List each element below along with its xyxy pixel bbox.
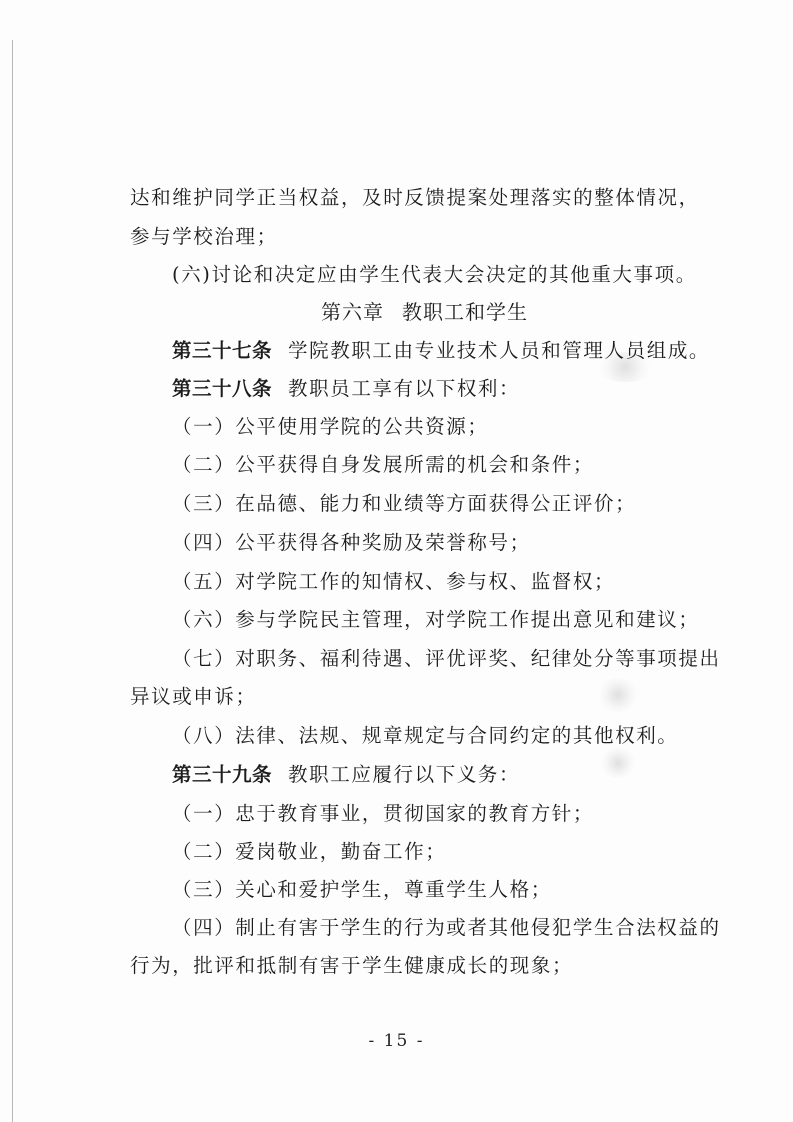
list-item: （一）忠于教育事业，贯彻国家的教育方针； xyxy=(172,802,594,826)
list-item: （四）制止有害于学生的行为或者其他侵犯学生合法权益的 xyxy=(172,916,721,940)
scan-binding-line xyxy=(12,40,13,1122)
scan-smudge xyxy=(600,748,636,778)
list-item: （三）关心和爱护学生，尊重学生人格； xyxy=(172,878,552,902)
list-item: （六）参与学院民主管理，对学院工作提出意见和建议； xyxy=(172,608,700,632)
scan-smudge xyxy=(598,678,638,712)
article-number: 第三十七条 xyxy=(172,339,272,362)
list-item: （二）爱岗敬业，勤奋工作； xyxy=(172,840,446,864)
list-item: (六)讨论和决定应由学生代表大会决定的其他重大事项。 xyxy=(172,263,697,287)
article-39: 第三十九条教职工应履行以下义务： xyxy=(172,763,520,787)
list-item: （五）对学院工作的知情权、参与权、监督权； xyxy=(172,570,615,594)
page-number: - 15 - xyxy=(0,1031,793,1051)
article-number: 第三十九条 xyxy=(172,763,272,786)
article-37: 第三十七条学院教职工由专业技术人员和管理人员组成。 xyxy=(172,339,710,363)
list-item-continuation: 行为，批评和抵制有害于学生健康成长的现象； xyxy=(130,954,573,978)
list-item: （一）公平使用学院的公共资源； xyxy=(172,415,489,439)
article-number: 第三十八条 xyxy=(172,377,272,400)
chapter-title: 教职工和学生 xyxy=(402,300,528,324)
list-item: （二）公平获得自身发展所需的机会和条件； xyxy=(172,453,594,477)
chapter-number: 第六章 xyxy=(321,300,384,324)
article-text: 教职工应履行以下义务： xyxy=(288,763,520,786)
chapter-heading: 第六章教职工和学生 xyxy=(0,300,793,324)
list-item-continuation: 异议或申诉； xyxy=(130,685,257,709)
article-38: 第三十八条教职员工享有以下权利： xyxy=(172,377,520,401)
document-page: 达和维护同学正当权益，及时反馈提案处理落实的整体情况， 参与学校治理； (六)讨… xyxy=(0,0,793,1122)
list-item: （三）在品德、能力和业绩等方面获得公正评价； xyxy=(172,492,636,516)
paragraph-line: 达和维护同学正当权益，及时反馈提案处理落实的整体情况， xyxy=(130,186,700,210)
article-text: 教职员工享有以下权利： xyxy=(288,377,520,400)
list-item: （七）对职务、福利待遇、评优评奖、纪律处分等事项提出 xyxy=(172,647,721,671)
list-item: （四）公平获得各种奖励及荣誉称号； xyxy=(172,531,531,555)
paragraph-line: 参与学校治理； xyxy=(130,225,278,249)
list-item: （八）法律、法规、规章规定与合同约定的其他权利。 xyxy=(172,724,678,748)
article-text: 学院教职工由专业技术人员和管理人员组成。 xyxy=(288,339,710,362)
